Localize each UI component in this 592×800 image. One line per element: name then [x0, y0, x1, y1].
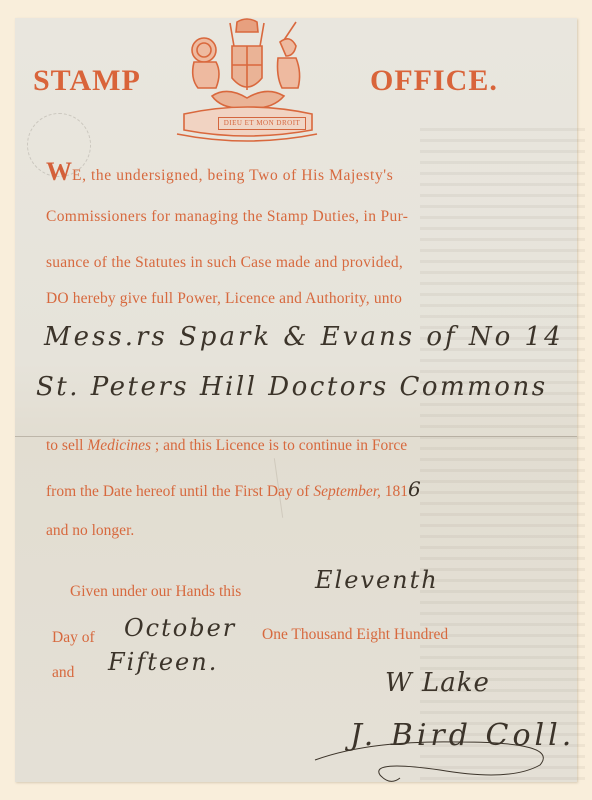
day-of-label: Day of — [52, 629, 95, 647]
sell-medicines: Medicines — [87, 437, 151, 454]
signature-flourish-icon — [310, 720, 570, 790]
body-line-1: WE, the undersigned, being Two of His Ma… — [46, 157, 393, 187]
handwritten-grantee-line-1: Mess.rs Spark & Evans of No 14 — [44, 322, 564, 352]
handwritten-year: Fifteen. — [108, 648, 218, 676]
body-line-3: suance of the Statutes in such Case made… — [46, 254, 403, 272]
body-line-2: Commissioners for managing the Stamp Dut… — [46, 208, 408, 226]
and-label: and — [52, 664, 74, 682]
sell-prefix: to sell — [46, 437, 87, 454]
date-year-printed: 181 — [381, 483, 408, 500]
body-line-no-longer: and no longer. — [46, 522, 134, 540]
sell-suffix: ; and this Licence is to continue in For… — [151, 437, 407, 454]
body-line-1-text: E, the undersigned, being Two of His Maj… — [72, 167, 393, 184]
date-year-handwritten: 6 — [408, 477, 421, 501]
motto-banner: DIEU ET MON DROIT — [218, 117, 306, 130]
given-label: Given under our Hands this — [70, 583, 241, 601]
year-label: One Thousand Eight Hundred — [262, 626, 448, 644]
body-line-sell: to sell Medicines ; and this Licence is … — [46, 437, 407, 455]
body-line-date: from the Date hereof until the First Day… — [46, 477, 421, 501]
handwritten-grantee-line-2: St. Peters Hill Doctors Commons — [36, 372, 548, 402]
date-prefix: from the Date hereof until the First Day… — [46, 483, 313, 500]
title-office: OFFICE. — [370, 64, 498, 98]
handwritten-day: Eleventh — [315, 566, 439, 594]
handwritten-month: October — [124, 614, 236, 642]
date-month: September, — [313, 483, 381, 500]
title-stamp: STAMP — [33, 64, 141, 98]
body-line-4: DO hereby give full Power, Licence and A… — [46, 290, 402, 308]
signature-1: W Lake — [385, 668, 490, 698]
dropcap: W — [46, 157, 72, 186]
